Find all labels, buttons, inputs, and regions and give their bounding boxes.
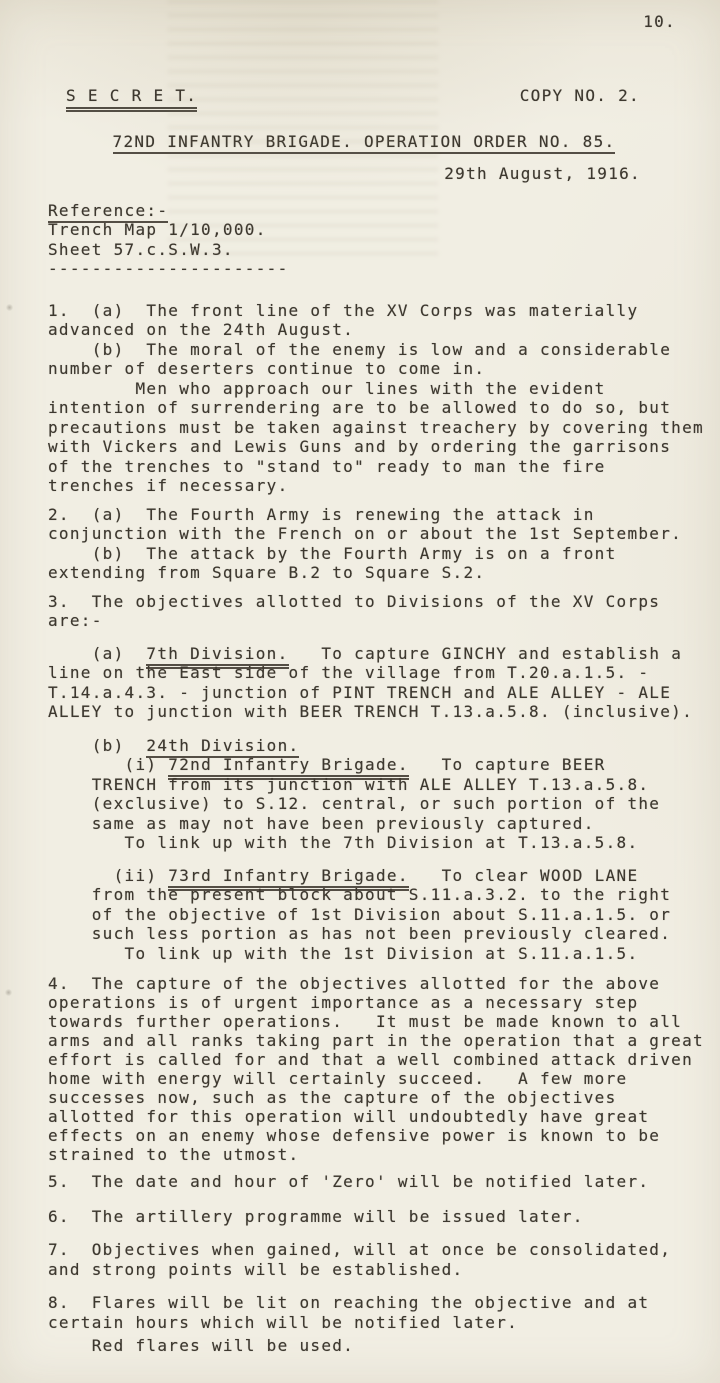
paragraph-3b-ii: (ii) 73rd Infantry Brigade. To clear WOO… (48, 866, 680, 964)
body-line: with Vickers and Lewis Guns and by order… (48, 437, 680, 457)
body-line: such less portion as has not been previo… (48, 924, 680, 944)
body-line: advanced on the 24th August. (48, 320, 680, 340)
body-line: Red flares will be used. (48, 1336, 680, 1356)
body-line-text: To clear WOOD LANE (409, 866, 639, 885)
body-line: (a) 7th Division. To capture GINCHY and … (48, 644, 680, 664)
body-line: ALLEY to junction with BEER TRENCH T.13.… (48, 702, 680, 722)
body-line: effort is called for and that a well com… (48, 1050, 680, 1069)
body-line: TRENCH from its junction with ALE ALLEY … (48, 775, 680, 795)
body-line: To link up with the 1st Division at S.11… (48, 944, 680, 964)
body-line: intention of surrendering are to be allo… (48, 398, 680, 418)
paragraph-5: 5. The date and hour of 'Zero' will be n… (48, 1172, 680, 1192)
reference-divider: ---------------------- (48, 259, 680, 279)
body-line: and strong points will be established. (48, 1260, 680, 1280)
body-line: (exclusive) to S.12. central, or such po… (48, 794, 680, 814)
body-line: 2. (a) The Fourth Army is renewing the a… (48, 505, 680, 525)
body-line: To link up with the 7th Division at T.13… (48, 833, 680, 853)
body-line: of the trenches to "stand to" ready to m… (48, 457, 680, 477)
body-line: are:- (48, 611, 680, 631)
body-line: of the objective of 1st Division about S… (48, 905, 680, 925)
body-line: (i) 72nd Infantry Brigade. To capture BE… (48, 755, 680, 775)
body-line: (ii) 73rd Infantry Brigade. To clear WOO… (48, 866, 680, 886)
body-line: successes now, such as the capture of th… (48, 1088, 680, 1107)
body-line: certain hours which will be notified lat… (48, 1313, 680, 1333)
body-line: (b) The moral of the enemy is low and a … (48, 340, 680, 360)
list-marker: (b) (48, 736, 146, 755)
body-line: same as may not have been previously cap… (48, 814, 680, 834)
body-line: precautions must be taken against treach… (48, 418, 680, 438)
body-line: towards further operations. It must be m… (48, 1012, 680, 1031)
classification-row: S E C R E T. COPY NO. 2. (48, 86, 680, 112)
classification-label: S E C R E T. (66, 86, 197, 112)
body-line: 3. The objectives allotted to Divisions … (48, 592, 680, 612)
order-title: 72ND INFANTRY BRIGADE. OPERATION ORDER N… (48, 132, 680, 152)
body-line: 8. Flares will be lit on reaching the ob… (48, 1293, 680, 1313)
body-line: operations is of urgent importance as a … (48, 993, 680, 1012)
body-line: (b) 24th Division. (48, 736, 680, 756)
body-line: (b) The attack by the Fourth Army is on … (48, 544, 680, 564)
order-title-text: 72ND INFANTRY BRIGADE. OPERATION ORDER N… (113, 132, 616, 154)
body-line: strained to the utmost. (48, 1145, 680, 1164)
list-marker: (a) (48, 644, 146, 663)
reference-heading-line: Reference:- (48, 201, 680, 221)
paragraph-3b: (b) 24th Division. (i) 72nd Infantry Bri… (48, 736, 680, 853)
paragraph-8: 8. Flares will be lit on reaching the ob… (48, 1293, 680, 1356)
body-line: home with energy will certainly succeed.… (48, 1069, 680, 1088)
order-date: 29th August, 1916. (48, 164, 680, 184)
paragraph-3: 3. The objectives allotted to Divisions … (48, 592, 680, 631)
body-line: from the present block about S.11.a.3.2.… (48, 885, 680, 905)
paragraph-4: 4. The capture of the objectives allotte… (48, 974, 680, 1164)
list-marker: (ii) (48, 866, 168, 885)
body-line-text: To capture BEER (409, 755, 606, 774)
page-number: 10. (643, 12, 676, 32)
body-line: T.14.a.4.3. - junction of PINT TRENCH an… (48, 683, 680, 703)
document-page: 10. S E C R E T. COPY NO. 2. 72ND INFANT… (0, 0, 720, 1383)
reference-block: Reference:- Trench Map 1/10,000. Sheet 5… (48, 201, 680, 279)
body-line: conjunction with the French on or about … (48, 524, 680, 544)
reference-sheet-line: Sheet 57.c.S.W.3. (48, 240, 680, 260)
body-line: 7. Objectives when gained, will at once … (48, 1240, 680, 1260)
body-line: arms and all ranks taking part in the op… (48, 1031, 680, 1050)
body-line-text: To capture GINCHY and establish a (289, 644, 683, 663)
paragraph-6: 6. The artillery programme will be issue… (48, 1207, 680, 1227)
paragraph-2: 2. (a) The Fourth Army is renewing the a… (48, 505, 680, 583)
body-line: effects on an enemy whose defensive powe… (48, 1126, 680, 1145)
copy-number-label: COPY NO. 2. (520, 86, 640, 112)
body-line: allotted for this operation will undoubt… (48, 1107, 680, 1126)
body-line: number of deserters continue to come in. (48, 359, 680, 379)
list-marker: (i) (48, 755, 168, 774)
body-line: extending from Square B.2 to Square S.2. (48, 563, 680, 583)
body-line: 1. (a) The front line of the XV Corps wa… (48, 301, 680, 321)
body-line: line on the East side of the village fro… (48, 663, 680, 683)
document-content: S E C R E T. COPY NO. 2. 72ND INFANTRY B… (0, 0, 720, 1356)
paragraph-3a: (a) 7th Division. To capture GINCHY and … (48, 644, 680, 722)
body-line: 4. The capture of the objectives allotte… (48, 974, 680, 993)
reference-map-line: Trench Map 1/10,000. (48, 220, 680, 240)
paragraph-7: 7. Objectives when gained, will at once … (48, 1240, 680, 1279)
body-line: Men who approach our lines with the evid… (48, 379, 680, 399)
body-line: trenches if necessary. (48, 476, 680, 496)
paragraph-1: 1. (a) The front line of the XV Corps wa… (48, 301, 680, 496)
